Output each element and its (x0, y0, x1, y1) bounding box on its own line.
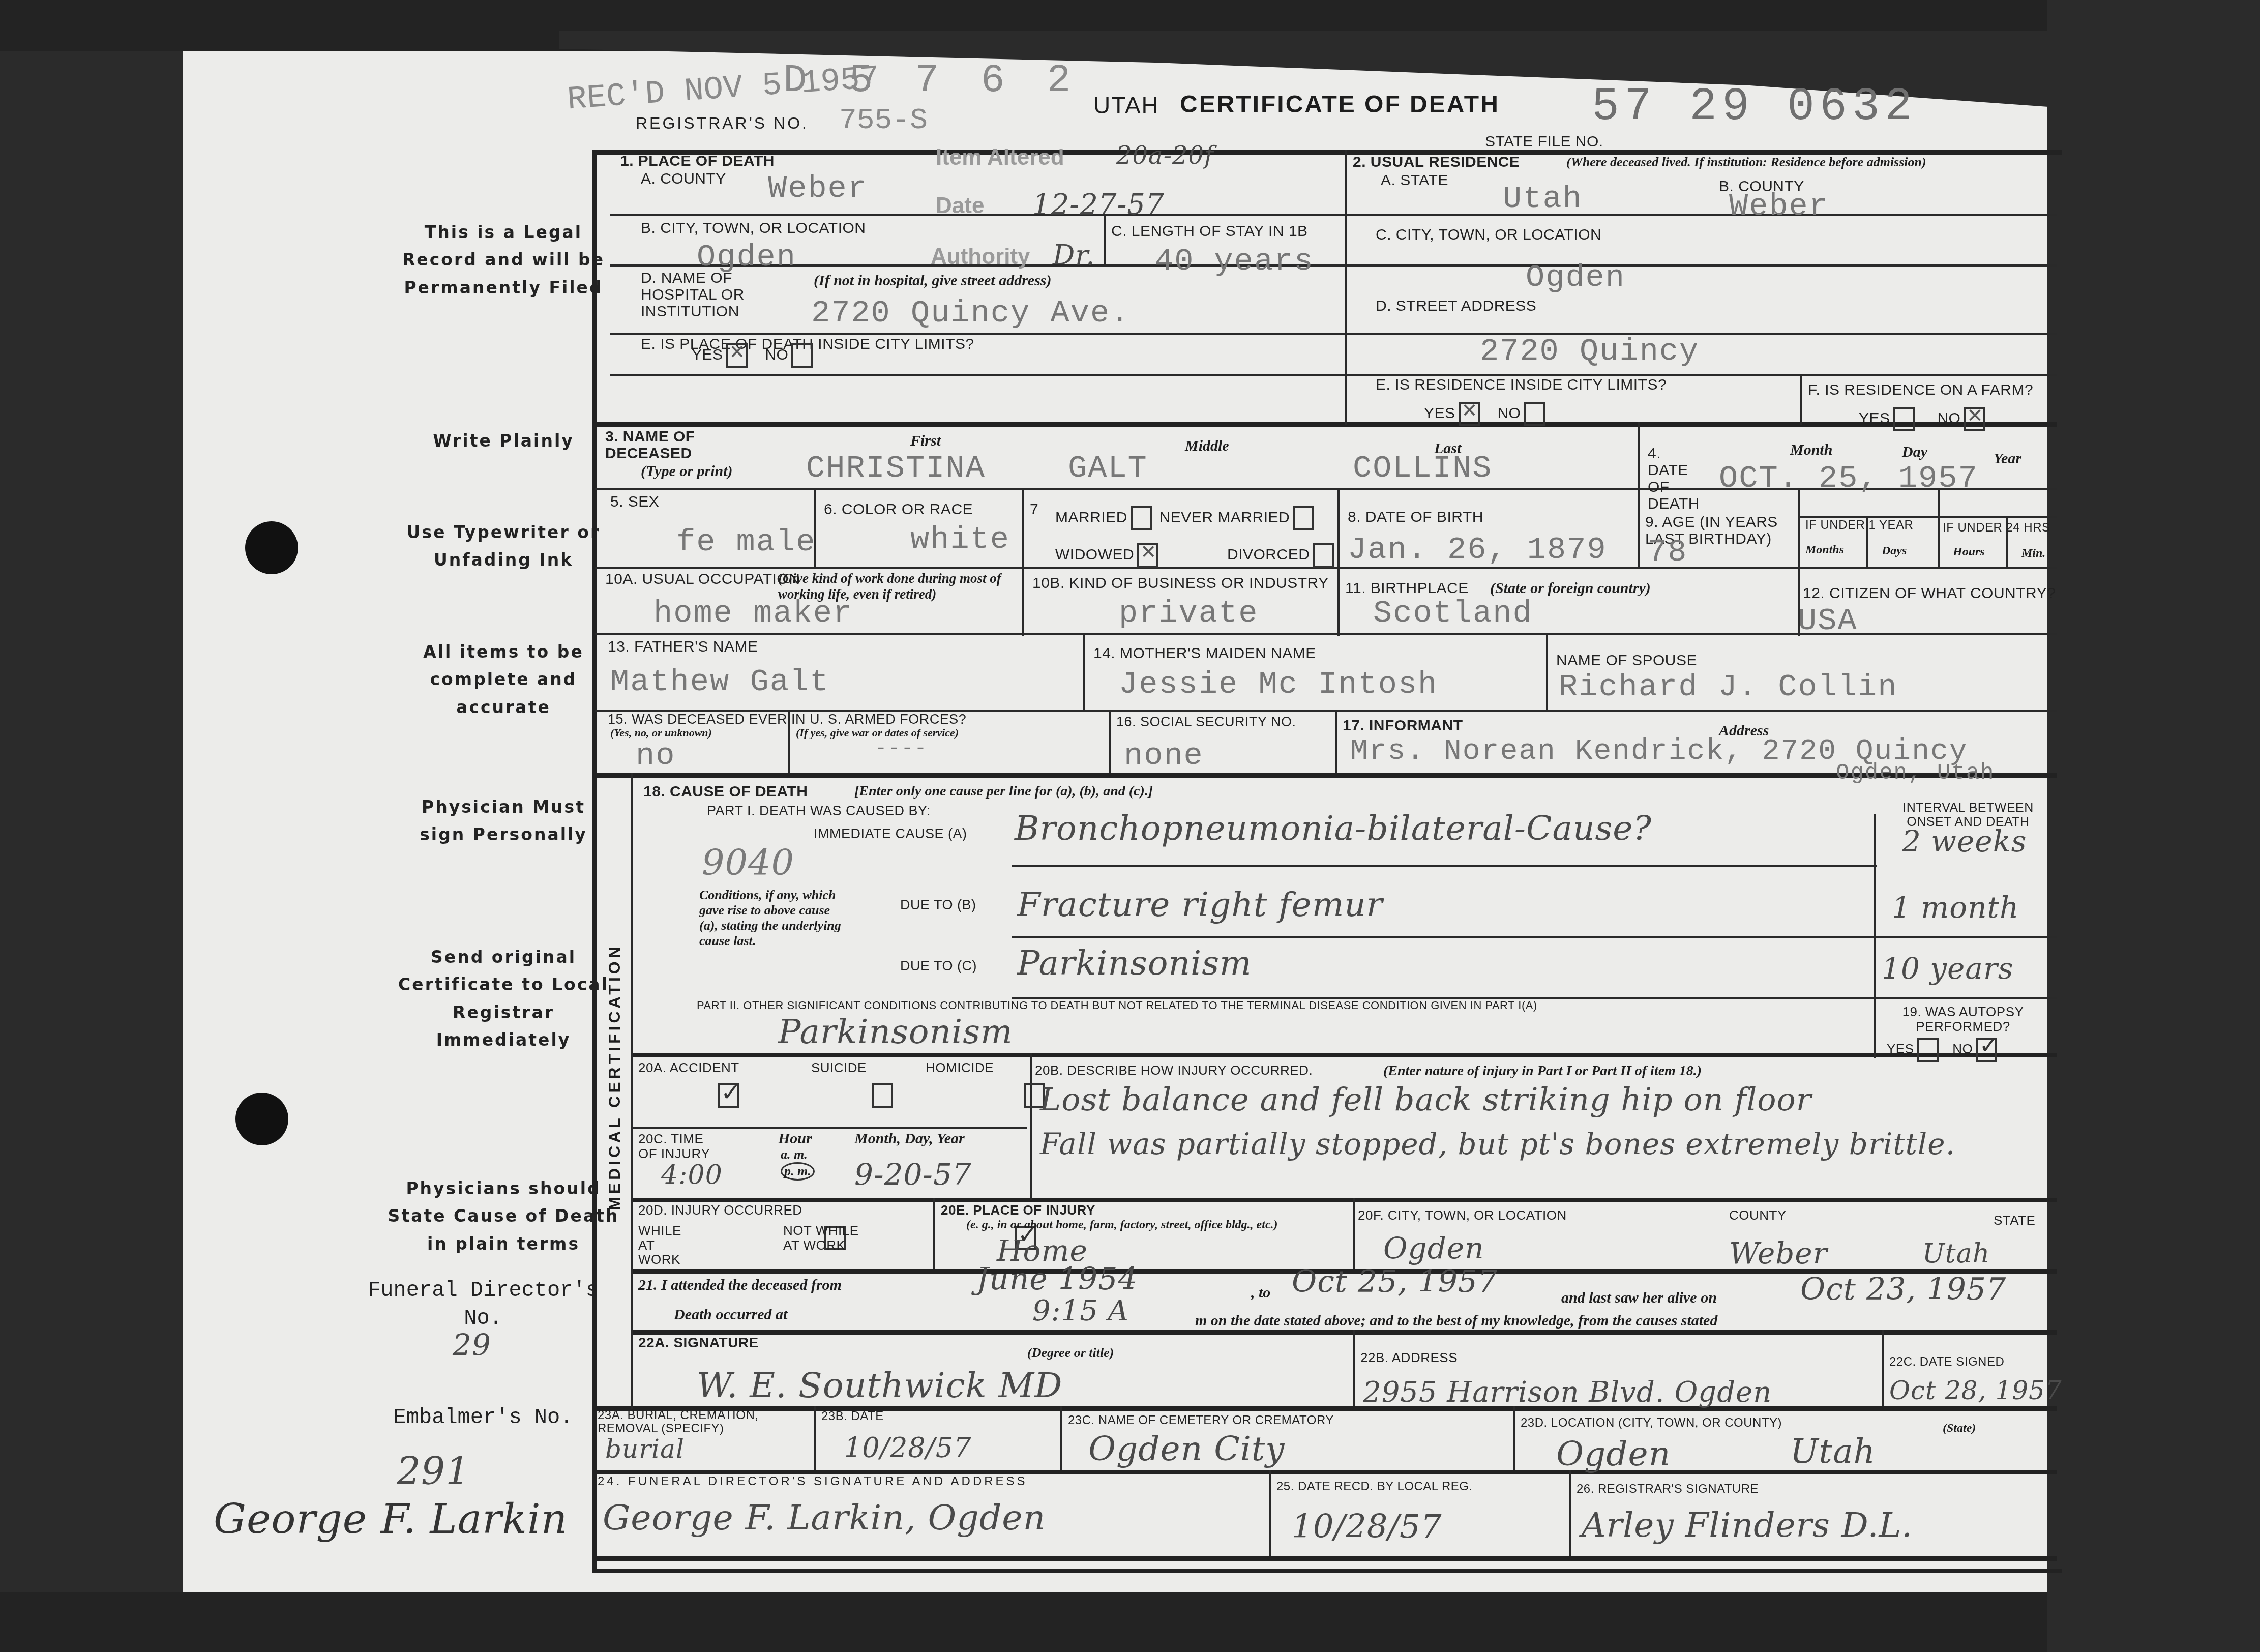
punch-hole-top (245, 521, 298, 574)
mother-name-value: Jessie Mc Intosh (1119, 666, 1438, 702)
rule (1060, 1406, 1062, 1470)
married-label: MARRIED (1055, 509, 1127, 526)
yes-option-label: YES (692, 346, 723, 363)
rule (1022, 488, 1024, 636)
certificate-title: CERTIFICATE OF DEATH (1180, 91, 1500, 119)
burial-label: 23a. BURIAL, CREMATION, REMOVAL (Specify… (598, 1409, 811, 1436)
residence-street-label: d. STREET ADDRESS (1376, 298, 1536, 314)
embalmer-no-label: Embalmer's No. (356, 1404, 610, 1432)
alteration-date-label: Date (936, 193, 984, 219)
date-signed-value: Oct 28, 1957 (1889, 1376, 2062, 1405)
margin-funeral-signature: George F. Larkin (214, 1495, 568, 1543)
authority-label: Authority (931, 244, 1030, 270)
rule (631, 1330, 2057, 1335)
file-number-stamp: D 5 7 6 2 (783, 58, 1080, 103)
rule (933, 1198, 935, 1269)
sex-value: fe male (676, 524, 816, 560)
cause-of-death-label: 18. CAUSE OF DEATH (643, 783, 808, 800)
rule (1938, 488, 1940, 567)
occupation-label: 10a. USUAL OCCUPATION (605, 571, 800, 587)
death-occurred-suffix: m on the date stated above; and to the b… (1195, 1312, 1717, 1330)
interval-c-value: 10 years (1882, 951, 2013, 986)
date-received-value: 10/28/57 (1292, 1508, 1442, 1546)
yes-option-label: YES (1859, 410, 1890, 427)
suicide-label: SUICIDE (811, 1060, 867, 1075)
conditions-hint: Conditions, if any, which gave rise to a… (699, 888, 852, 949)
place-of-injury-label: 20e. PLACE OF INJURY (941, 1203, 1095, 1218)
degree-label: (Degree or title) (1027, 1345, 1114, 1361)
autopsy-options: YES NO (1887, 1038, 2000, 1062)
disease-code: 9040 (702, 842, 794, 883)
death-county-value: Weber (768, 170, 868, 206)
rule (592, 1556, 2057, 1561)
death-city-limits-options: YES NO (692, 343, 816, 368)
length-of-stay-value: 40 years (1154, 243, 1314, 279)
rule (1083, 633, 1085, 710)
date-of-death-value: OCT. 25, 1957 (1719, 460, 1978, 496)
rule (1104, 214, 1106, 264)
alteration-date-value: 12-27-57 (1032, 188, 1165, 221)
title-state: UTAH (1093, 92, 1159, 119)
while-at-work-label: WHILE AT WORK (638, 1223, 699, 1267)
mother-name-label: 14. MOTHER'S MAIDEN NAME (1093, 645, 1316, 662)
due-to-b-value: Fracture right femur (1017, 885, 1383, 924)
due-to-c-label: DUE TO (c) (900, 959, 977, 974)
no-option-label: NO (1497, 405, 1521, 422)
registrar-signature: Arley Flinders D.L. (1582, 1506, 1913, 1545)
autopsy-yes-checkbox[interactable] (1917, 1038, 1939, 1062)
funeral-director-label: 24. FUNERAL DIRECTOR'S SIGNATURE AND ADD… (598, 1475, 1028, 1488)
deceased-name-label: 3. NAME OF DECEASED (605, 428, 707, 462)
marital-row-1: MARRIED NEVER MARRIED (1055, 506, 1317, 530)
rule (1345, 214, 2057, 216)
residence-state-value: Utah (1503, 181, 1583, 217)
homicide-label: HOMICIDE (926, 1060, 994, 1075)
time-of-injury-label: 20c. TIME OF INJURY (638, 1132, 725, 1161)
interval-b-value: 1 month (1892, 890, 2019, 925)
residence-city-limits-no-checkbox[interactable] (1524, 402, 1545, 426)
under-one-year-label: IF UNDER 1 YEAR (1805, 519, 1913, 532)
immediate-cause-value: Bronchopneumonia-bilateral-Cause? (1015, 809, 1652, 848)
registrar-signature-label: 26. REGISTRAR'S SIGNATURE (1577, 1483, 1759, 1496)
registrar-number: 755-S (839, 104, 928, 137)
last-name-value: COLLINS (1353, 450, 1492, 486)
part-two-value: Parkinsonism (778, 1012, 1013, 1051)
injury-county-label: COUNTY (1729, 1208, 1787, 1223)
yes-option-label: YES (1887, 1041, 1914, 1056)
suicide-checkbox[interactable] (872, 1083, 893, 1108)
residence-city-label: c. CITY, TOWN, OR LOCATION (1376, 226, 1601, 243)
hours-label: Hours (1953, 545, 1985, 559)
ssn-label: 16. SOCIAL SECURITY NO. (1116, 715, 1296, 730)
interval-a-value: 2 weeks (1902, 824, 2027, 859)
rule (1269, 1470, 1271, 1556)
margin-note-write-plainly: Write Plainly (397, 427, 610, 455)
rule (592, 1406, 2057, 1411)
not-while-at-work-label: NOT WHILE AT WORK (783, 1223, 859, 1252)
margin-note-typewriter: Use Typewriter or Unfading Ink (397, 519, 610, 574)
citizen-value: USA (1798, 603, 1858, 639)
part-two-label: PART II. OTHER SIGNIFICANT CONDITIONS CO… (697, 999, 1537, 1012)
months-label: Months (1805, 543, 1844, 557)
margin-note-complete: All items to be complete and accurate (397, 638, 610, 721)
father-name-label: 13. FATHER'S NAME (608, 638, 758, 655)
residence-state-label: a. STATE (1381, 172, 1448, 189)
date-signed-label: 22c. DATE SIGNED (1889, 1355, 2004, 1369)
rule (610, 333, 2057, 335)
scanner-background-bottom (0, 1592, 2260, 1652)
last-saw-value: Oct 23, 1957 (1800, 1272, 2006, 1307)
hospital-hint: (If not in hospital, give street address… (814, 272, 1052, 289)
rule (1800, 374, 1802, 425)
margin-note-physician-sign: Physician Must sign Personally (397, 793, 610, 849)
burial-location-value: Ogden (1556, 1434, 1671, 1473)
under-24-hours-label: IF UNDER 24 HRS (1943, 521, 2050, 535)
never-married-checkbox[interactable] (1293, 506, 1314, 530)
date-of-injury-value: 9-20-57 (854, 1157, 972, 1192)
marital-number: 7 (1030, 501, 1038, 518)
industry-label: 10b. KIND OF BUSINESS OR INDUSTRY (1032, 575, 1329, 592)
injury-description-line-1: Lost balance and fell back striking hip … (1040, 1081, 1812, 1118)
death-occurred-label: Death occurred at (674, 1306, 787, 1323)
rule (1337, 488, 1340, 636)
rule (1638, 422, 1640, 488)
informant-city-value: Ogden, Utah (1836, 760, 1995, 786)
armed-forces-value: no (636, 737, 675, 774)
signature-label: 22a. SIGNATURE (638, 1335, 759, 1351)
rule (1335, 710, 1337, 773)
rule (631, 773, 633, 1409)
no-option-label: NO (1937, 410, 1960, 427)
residence-city-limits-options: YES NO (1424, 402, 1548, 426)
no-option-label: NO (1952, 1041, 1973, 1056)
year-label: Year (1994, 450, 2021, 467)
injury-county-value: Weber (1729, 1236, 1827, 1271)
am-label: a. m. (781, 1147, 808, 1162)
injury-state-label: STATE (1994, 1213, 2035, 1228)
authority-value: Dr. (1053, 239, 1095, 271)
rule (1638, 488, 1640, 567)
rule (610, 264, 2057, 267)
rule (1012, 936, 2057, 938)
divorced-checkbox[interactable] (1313, 543, 1334, 568)
race-label: 6. COLOR OR RACE (824, 501, 973, 518)
injury-city-value: Ogden (1383, 1231, 1484, 1265)
citizen-label: 12. CITIZEN OF WHAT COUNTRY? (1803, 585, 2056, 602)
immediate-cause-label: IMMEDIATE CAUSE (a) (814, 827, 967, 842)
death-occurred-time: 9:15 A (1032, 1294, 1129, 1327)
disposition-date-value: 10/28/57 (844, 1432, 972, 1464)
part-one-label: PART I. DEATH WAS CAUSED BY: (707, 804, 931, 819)
rule (814, 1406, 816, 1470)
paper-right-edge (2047, 0, 2260, 1652)
physician-signature: W. E. Southwick MD (697, 1366, 1063, 1406)
due-to-b-label: DUE TO (b) (900, 898, 976, 913)
widowed-label: WIDOWED (1055, 546, 1134, 563)
accident-label: 20a. ACCIDENT (638, 1060, 739, 1075)
deceased-name-hint: (Type or print) (641, 463, 733, 480)
usual-residence-label: 2. USUAL RESIDENCE (1353, 154, 1520, 170)
middle-name-label: Middle (1185, 437, 1229, 455)
state-file-number: 57 29 0632 (1592, 81, 1917, 133)
death-city-limits-no-checkbox[interactable] (791, 343, 813, 368)
widowed-checkbox[interactable] (1137, 543, 1158, 568)
funeral-director-signature: George F. Larkin, Ogden (603, 1498, 1046, 1538)
birthplace-value: Scotland (1373, 595, 1533, 631)
first-name-label: First (910, 432, 941, 450)
sex-label: 5. SEX (610, 493, 659, 510)
autopsy-no-checkbox[interactable] (1976, 1038, 1997, 1062)
accident-checkbox[interactable] (718, 1083, 739, 1108)
margin-note-legal-record: This is a Legal Record and will be Perma… (397, 219, 610, 302)
rule (631, 1198, 2057, 1202)
time-of-injury-value: 4:00 (661, 1160, 723, 1190)
death-city-limits-yes-checkbox[interactable] (726, 343, 748, 368)
hour-label: Hour (778, 1130, 812, 1147)
rule (1345, 150, 1347, 425)
injury-city-label: 20f. CITY, TOWN, OR LOCATION (1358, 1208, 1567, 1223)
birth-date-value: Jan. 26, 1879 (1348, 532, 1607, 568)
rule (1546, 633, 1548, 710)
injury-state-value: Utah (1922, 1238, 1990, 1269)
injury-occurred-label: 20d. INJURY OCCURRED (638, 1203, 802, 1218)
burial-location-label: 23d. LOCATION (City, town, or county) (1521, 1417, 1782, 1430)
attended-to-value: Oct 25, 1957 (1292, 1264, 1498, 1300)
residence-farm-options: YES NO (1859, 407, 1988, 431)
married-checkbox[interactable] (1131, 506, 1152, 530)
rule (1353, 1330, 1355, 1406)
residence-street-value: 2720 Quincy (1480, 333, 1699, 369)
residence-farm-label: f. IS RESIDENCE ON A FARM? (1808, 381, 2033, 398)
state-file-label: STATE FILE NO. (1485, 133, 1603, 150)
ssn-value: none (1124, 737, 1204, 774)
day-label: Day (1902, 444, 1927, 461)
margin-note-cause-plain-terms: Physicians should State Cause of Death i… (386, 1175, 620, 1258)
marital-row-2: WIDOWED DIVORCED (1055, 543, 1337, 568)
punch-hole-bottom (235, 1093, 288, 1145)
rule (631, 1053, 2057, 1057)
middle-name-value: GALT (1068, 450, 1148, 486)
date-received-label: 25. DATE RECD. BY LOCAL REG. (1276, 1480, 1473, 1493)
disposition-date-label: 23b. DATE (821, 1410, 884, 1423)
rule (1874, 814, 1876, 1058)
father-name-value: Mathew Galt (610, 664, 829, 700)
race-value: white (910, 521, 1010, 557)
attended-label: 21. I attended the deceased from (638, 1277, 842, 1294)
rule (592, 150, 2057, 155)
industry-value: private (1119, 595, 1258, 631)
divorced-label: DIVORCED (1227, 546, 1310, 563)
cemetery-value: Ogden City (1088, 1429, 1285, 1468)
residence-farm-no-checkbox[interactable] (1964, 407, 1985, 431)
rule (1353, 1198, 1355, 1269)
residence-farm-yes-checkbox[interactable] (1893, 407, 1915, 431)
margin-note-send-original: Send original Certificate to Local Regis… (397, 943, 610, 1054)
autopsy-label: 19. WAS AUTOPSY PERFORMED? (1877, 1005, 2049, 1034)
birthplace-label: 11. BIRTHPLACE (1345, 580, 1469, 597)
item-altered-label: Item Altered (936, 145, 1064, 170)
rule (631, 1127, 1027, 1129)
month-label: Month (1790, 441, 1832, 459)
hospital-label: d. NAME OF HOSPITAL OR INSTITUTION (641, 270, 758, 320)
yes-option-label: YES (1424, 405, 1455, 422)
due-to-c-value: Parkinsonism (1017, 943, 1252, 983)
embalmer-no: 291 (397, 1450, 470, 1493)
medical-certification-side-label: MEDICAL CERTIFICATION (605, 1190, 624, 1211)
attended-from-value: June 1954 (976, 1261, 1138, 1297)
injury-description-line-2: Fall was partially stopped, but pt's bon… (1040, 1127, 1955, 1161)
funeral-director-no-label: Funeral Director's No. (356, 1277, 610, 1332)
residence-city-limits-yes-checkbox[interactable] (1459, 402, 1480, 426)
residence-county-value: Weber (1729, 188, 1829, 224)
rule (595, 422, 2057, 427)
death-city-label: b. CITY, TOWN, OR LOCATION (641, 220, 866, 237)
place-of-death-label: 1. PLACE OF DEATH (620, 153, 775, 169)
burial-state-value: Utah (1790, 1432, 1876, 1471)
never-married-label: NEVER MARRIED (1159, 509, 1290, 526)
physician-address-value: 2955 Harrison Blvd. Ogden (1363, 1376, 1772, 1409)
informant-label: 17. INFORMANT (1343, 717, 1463, 734)
last-saw-label: and last saw her alive on (1561, 1289, 1717, 1307)
age-value: 78 (1648, 534, 1687, 570)
injury-description-hint: (Enter nature of injury in Part I or Par… (1383, 1063, 1702, 1079)
spouse-name-value: Richard J. Collin (1559, 669, 1898, 705)
death-county-label: a. COUNTY (641, 170, 726, 187)
armed-forces-label: 15. WAS DECEASED EVER IN U. S. ARMED FOR… (608, 712, 966, 727)
length-of-stay-label: c. LENGTH OF STAY IN 1b (1111, 223, 1308, 240)
usual-residence-hint: (Where deceased lived. If institution: R… (1566, 155, 1926, 170)
residence-city-value: Ogden (1526, 259, 1625, 296)
physician-address-label: 22b. ADDRESS (1360, 1350, 1458, 1365)
registrar-number-label: REGISTRAR'S NO. (636, 114, 809, 132)
rule (1882, 1330, 1884, 1406)
rule (1012, 865, 1877, 867)
place-of-injury-hint: (e. g., in or about home, farm, factory,… (966, 1218, 1322, 1232)
days-label: Days (1882, 544, 1907, 558)
month-day-year-label: Month, Day, Year (854, 1130, 965, 1147)
date-of-death-label: 4. DATE OF DEATH (1648, 445, 1699, 512)
min-label: Min. (2021, 547, 2045, 560)
first-name-value: CHRISTINA (806, 450, 986, 486)
pm-label: p. m. (781, 1162, 815, 1181)
hospital-value: 2720 Quincy Ave. (811, 295, 1130, 331)
injury-description-label: 20b. DESCRIBE HOW INJURY OCCURRED. (1035, 1063, 1313, 1078)
rule (1569, 1470, 1571, 1556)
burial-state-label: (State) (1943, 1422, 1976, 1435)
cemetery-label: 23c. NAME OF CEMETERY OR CREMATORY (1068, 1414, 1334, 1427)
residence-city-limits-label: e. IS RESIDENCE INSIDE CITY LIMITS? (1376, 376, 1667, 393)
rule (1030, 1053, 1032, 1200)
no-option-label: NO (765, 346, 788, 363)
armed-forces-dates-value: ---- (875, 737, 928, 760)
item-altered-value: 20a-20f (1116, 141, 1214, 170)
burial-value: burial (605, 1434, 685, 1464)
rule (1109, 710, 1111, 773)
birth-date-label: 8. DATE OF BIRTH (1348, 509, 1483, 525)
funeral-director-no: 29 (453, 1327, 491, 1362)
occupation-value: home maker (653, 595, 853, 631)
rule (1513, 1406, 1515, 1470)
cause-of-death-hint: [Enter only one cause per line for (a), … (854, 783, 1153, 800)
rule (610, 374, 2057, 376)
birthplace-hint: (State or foreign country) (1490, 580, 1651, 597)
spouse-name-label: NAME OF SPOUSE (1556, 652, 1697, 669)
attended-to-label: , to (1251, 1284, 1270, 1302)
